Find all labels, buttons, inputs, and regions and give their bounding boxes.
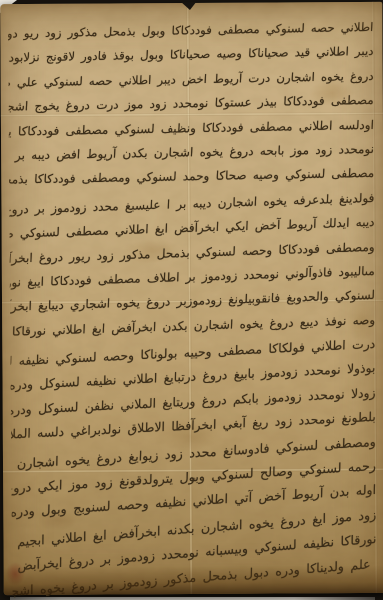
manuscript-photo: اطلاني حصه لسنوكي مصطفى فوددكاكا وبول بذ… [0,0,383,600]
paper-sheet: اطلاني حصه لسنوكي مصطفى فوددكاكا وبول بذ… [0,2,383,595]
tear-notch [181,2,196,10]
manuscript-text-block: اطلاني حصه لسنوكي مصطفى فوددكاكا وبول بذ… [8,15,376,581]
